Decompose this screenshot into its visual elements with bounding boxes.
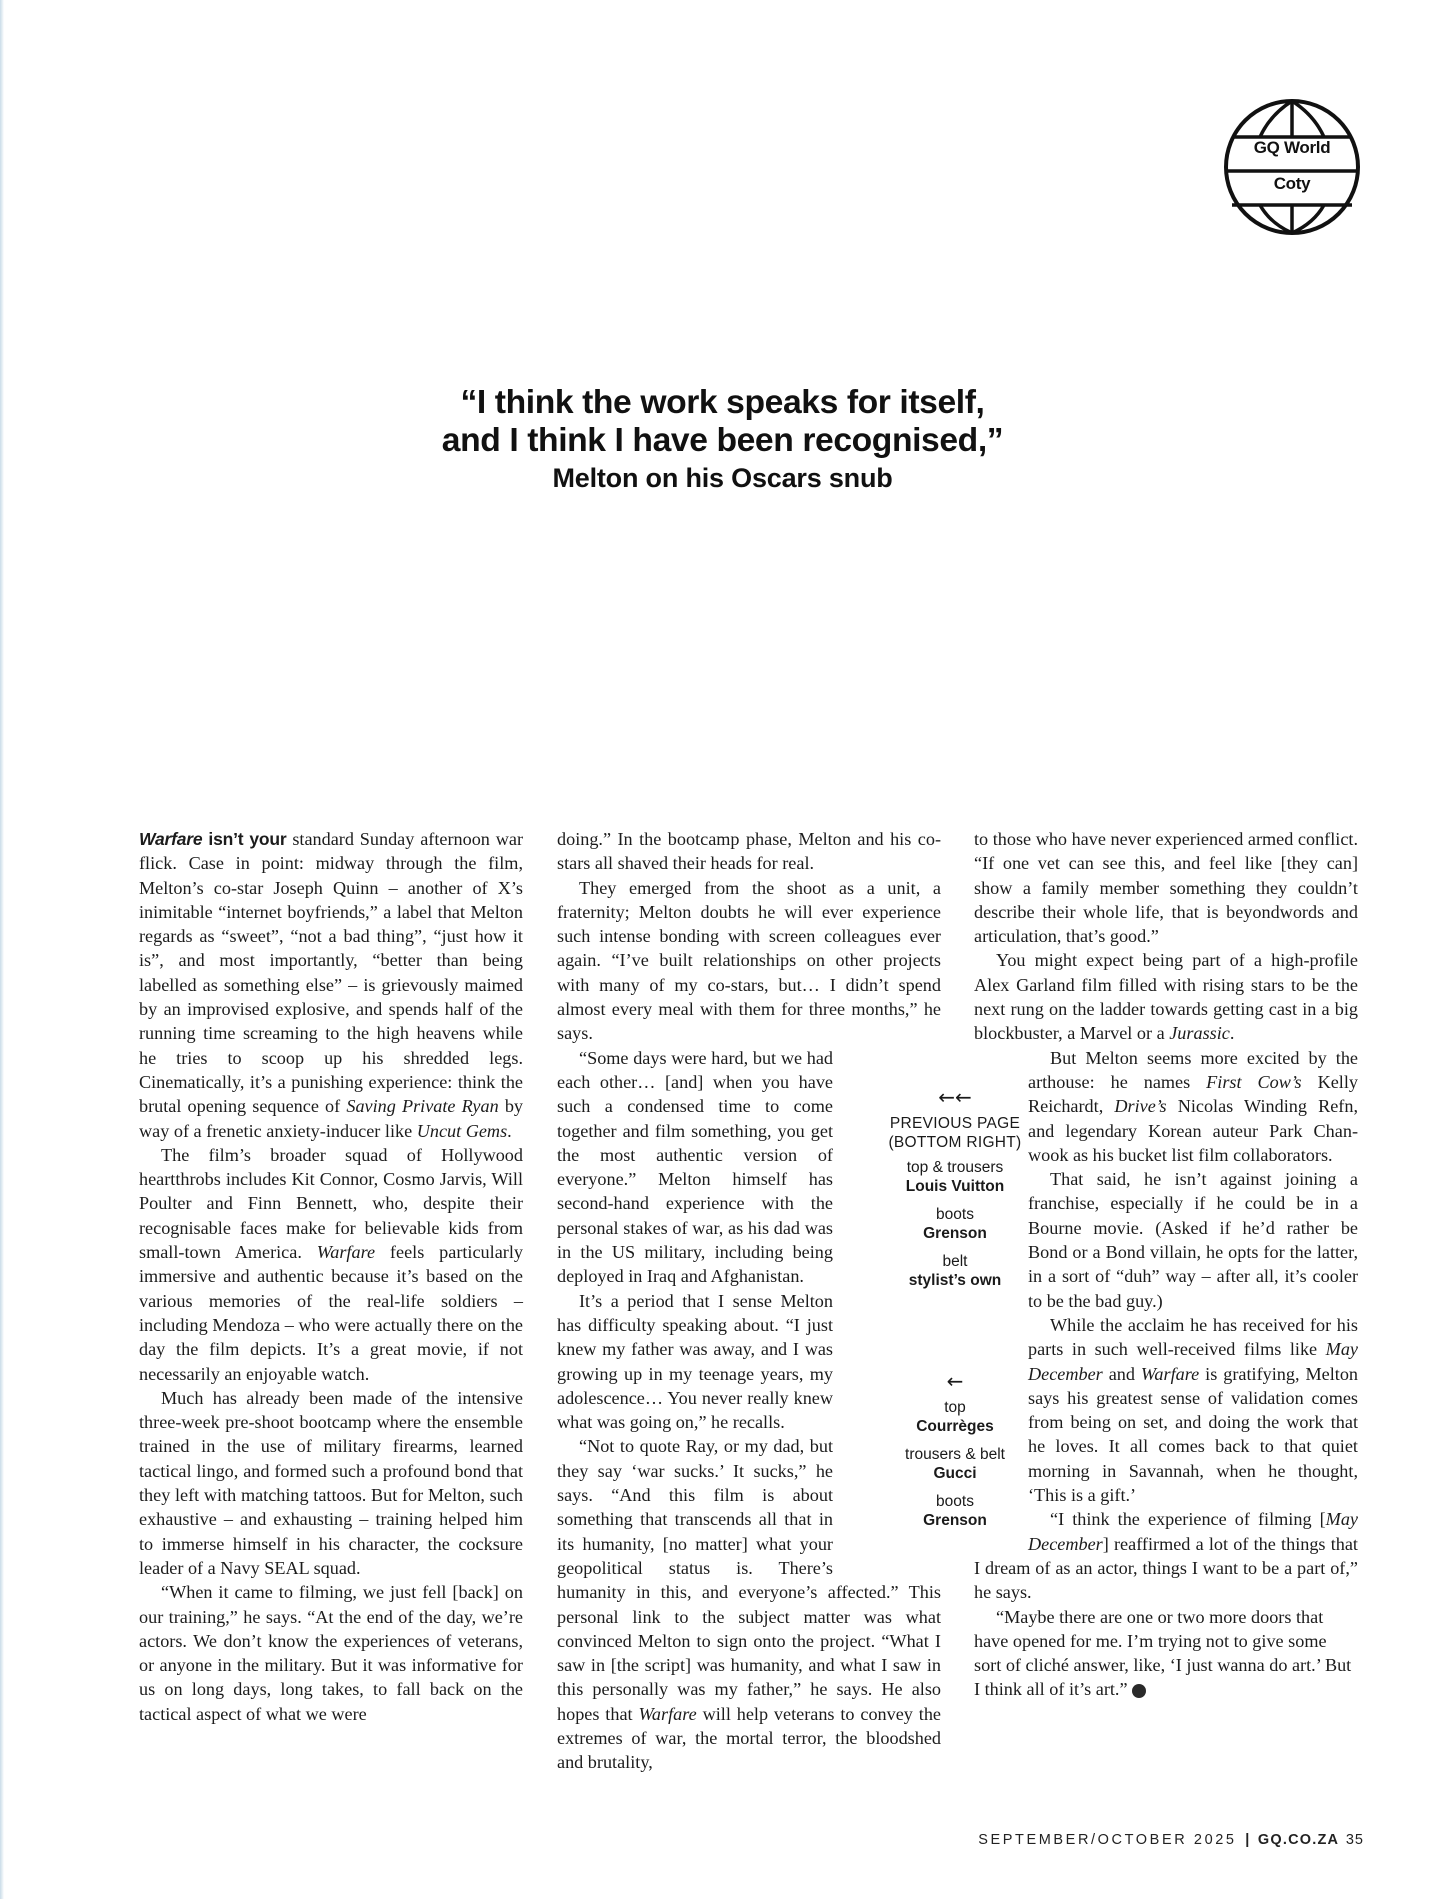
film-title: Drive’s <box>1114 1096 1166 1116</box>
gq-world-globe-badge: GQ World Coty <box>1222 97 1362 237</box>
badge-sponsor: Coty <box>1222 174 1362 194</box>
article-column-2: doing.” In the bootcamp phase, Melton an… <box>557 827 941 1775</box>
lead-in: Warfare isn’t your <box>139 829 286 849</box>
article-paragraph: Much has already been made of the intens… <box>139 1386 523 1580</box>
page-folio: SEPTEMBER/OCTOBER 2025 | GQ.CO.ZA 35 <box>978 1832 1364 1848</box>
article-paragraph: doing.” In the bootcamp phase, Melton an… <box>557 827 941 876</box>
pull-quote-attribution: Melton on his Oscars snub <box>300 461 1145 495</box>
page-edge <box>0 0 4 1899</box>
pull-quote-line-1: “I think the work speaks for itself, <box>292 383 1154 421</box>
pull-quote: “I think the work speaks for itself, and… <box>300 383 1145 495</box>
article-paragraph: The film’s broader squad of Hollywood he… <box>139 1143 523 1386</box>
badge-title: GQ World <box>1222 138 1362 158</box>
text-run: is gratifying, Melton says his greatest … <box>1028 1364 1358 1505</box>
text-run: You might expect being part of a high-pr… <box>974 950 1358 1043</box>
article-column-3: to those who have never experienced arme… <box>974 827 1358 1702</box>
film-title: Warfare <box>1141 1364 1199 1384</box>
text-run: . <box>1230 1023 1235 1043</box>
globe-icon <box>1222 97 1362 237</box>
text-run: and <box>1103 1364 1141 1384</box>
article-paragraph: “When it came to filming, we just fell [… <box>139 1580 523 1726</box>
lead-in-text: isn’t your <box>202 829 286 849</box>
text-run: standard Sunday afternoon war flick. Cas… <box>139 829 523 1116</box>
text-run: feels particularly immersive and authent… <box>139 1242 523 1383</box>
article-paragraph: They emerged from the shoot as a unit, a… <box>557 876 941 1046</box>
article-paragraph: You might expect being part of a high-pr… <box>974 948 1358 1045</box>
site-url: GQ.CO.ZA <box>1258 1832 1339 1848</box>
text-run: While the acclaim he has received for hi… <box>1028 1315 1358 1359</box>
end-of-article-icon: ✕ <box>1132 1684 1146 1698</box>
folio-separator: | <box>1245 1832 1249 1848</box>
text-run: . <box>507 1121 512 1141</box>
page-number: 35 <box>1346 1832 1364 1848</box>
article-paragraph: That said, he isn’t against joining a fr… <box>974 1167 1358 1313</box>
film-title: Warfare <box>638 1704 696 1724</box>
article-paragraph: to those who have never experienced arme… <box>974 827 1358 948</box>
issue-date: SEPTEMBER/OCTOBER 2025 <box>978 1832 1236 1848</box>
lead-in-title: Warfare <box>139 829 202 849</box>
article-paragraph: While the acclaim he has received for hi… <box>974 1313 1358 1507</box>
article-paragraph: But Melton seems more excited by the art… <box>974 1046 1358 1167</box>
pull-quote-line-2: and I think I have been recognised,” <box>292 421 1154 459</box>
film-title: First Cow’s <box>1206 1072 1301 1092</box>
film-title: Warfare <box>317 1242 375 1262</box>
article-paragraph: “Maybe there are one or two more doors t… <box>974 1605 1358 1702</box>
article-paragraph: Warfare isn’t your standard Sunday after… <box>139 827 523 1143</box>
article-paragraph: “I think the experience of filming [May … <box>974 1507 1358 1604</box>
film-title: Saving Private Ryan <box>346 1096 498 1116</box>
film-title: Jurassic <box>1169 1023 1230 1043</box>
text-run: “I think the experience of filming [ <box>1050 1509 1326 1529</box>
film-title: Uncut Gems <box>417 1121 507 1141</box>
article-column-1: Warfare isn’t your standard Sunday after… <box>139 827 523 1726</box>
credits-wrap-space <box>974 1046 1028 1556</box>
